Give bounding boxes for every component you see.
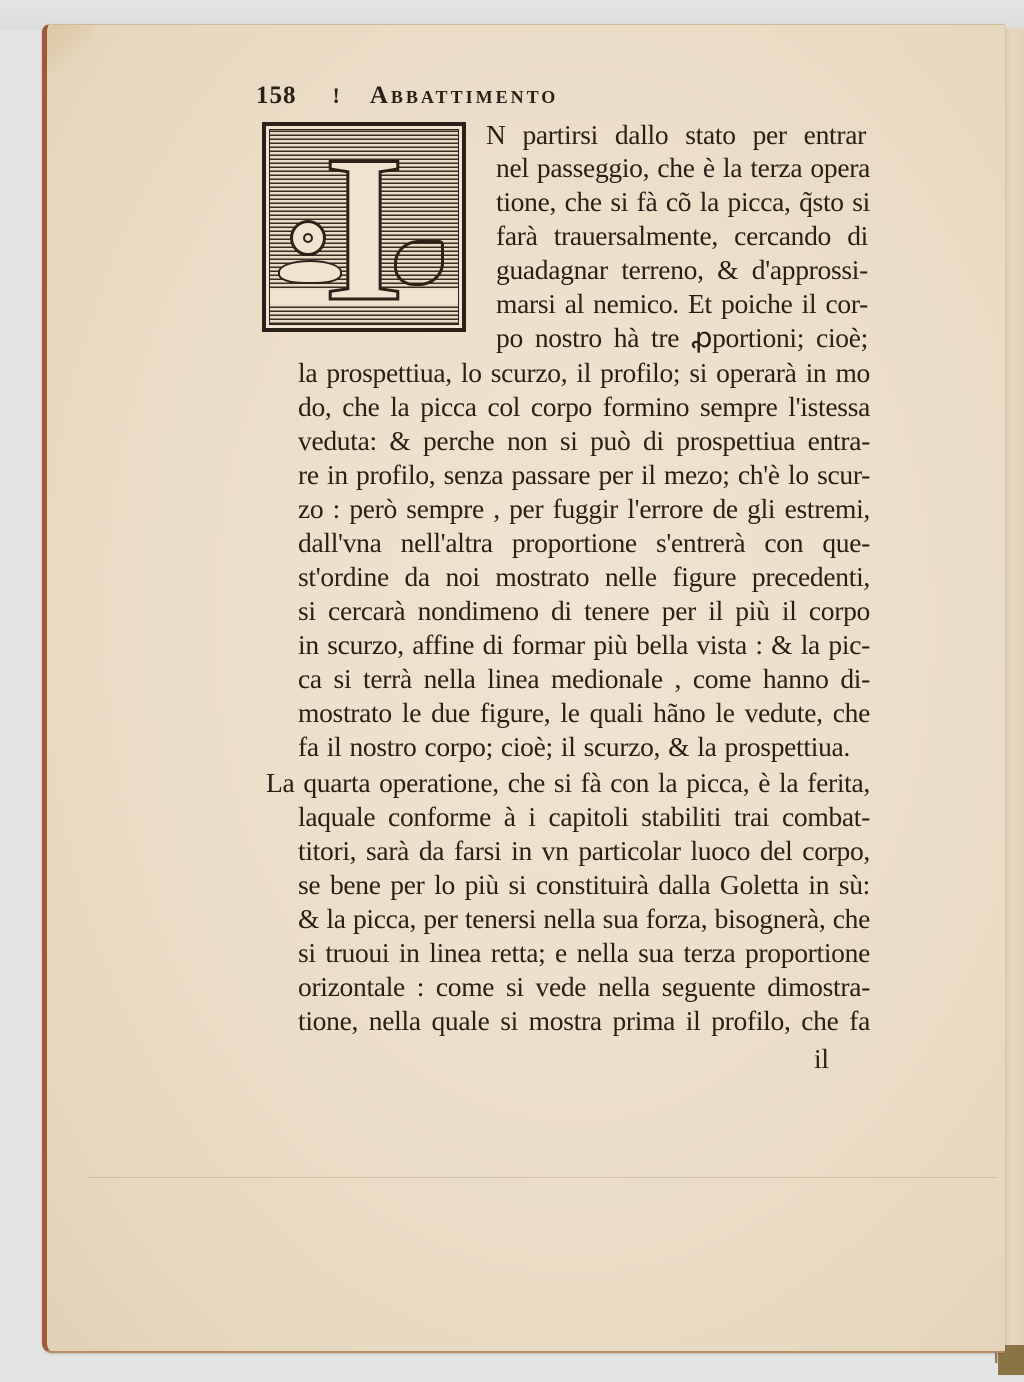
text-line: & la picca, per tenersi nella sua forza,… (298, 902, 870, 936)
paper-crease (87, 1177, 997, 1178)
text-line: guadagnar terreno, & d'approssi- (496, 253, 868, 287)
paragraph-first-line: La quarta operatione, che si fà con la p… (266, 766, 870, 800)
text-line: nel passeggio, che è la terza opera (496, 151, 870, 185)
text-line: farà trauersalmente, cercando di (496, 219, 868, 253)
text-line: zo : però sempre , per fuggir l'errore d… (298, 492, 870, 526)
text-line: orizontale : come si vede nella seguente… (298, 970, 870, 1004)
woodcut-initial-illustration: I (269, 129, 459, 325)
catchword: il (814, 1042, 874, 1076)
text-line: re in profilo, senza passare per il mezo… (298, 458, 870, 492)
text-line: si cercarà nondimeno di tenere per il pi… (298, 594, 870, 628)
text-line: dall'vna nell'altra proportione s'entrer… (298, 526, 870, 560)
text-line: fa il nostro corpo; cioè; il scurzo, & l… (298, 730, 850, 764)
text-line: laquale conforme à i capitoli stabiliti … (298, 800, 870, 834)
text-line: titori, sarà da farsi in vn particolar l… (298, 834, 870, 868)
drop-cap-letter: I (323, 134, 405, 324)
text-line: la prospettiua, lo scurzo, il profilo; s… (298, 356, 870, 390)
text-line: st'ordine da noi mostrato nelle figure p… (298, 560, 870, 594)
text-line: marsi al nemico. Et poiche il cor- (496, 287, 868, 321)
text-line: N partirsi dallo stato per entrar (486, 118, 866, 152)
text-line: po nostro hà tre ꝓportioni; cioè; (496, 321, 868, 355)
text-line: ca si terrà nella linea medionale , come… (298, 662, 870, 696)
chariot-wheel-icon (290, 220, 326, 256)
text-line: se bene per lo più si constituirà dalla … (298, 868, 870, 902)
page-number: 158 (256, 82, 297, 110)
running-title: Abbattimento (370, 82, 558, 110)
woodcut-initial: I (262, 122, 466, 332)
text-line: tione, che si fà cõ la picca, q̃sto si (496, 185, 870, 219)
text-line: do, che la picca col corpo formino sempr… (298, 390, 870, 424)
page-header: 158 ! Abbattimento (256, 82, 558, 112)
text-line: mostrato le due figure, le quali hãno le… (298, 696, 870, 730)
text-line: tione, nella quale si mostra prima il pr… (298, 1004, 870, 1038)
header-separator: ! (333, 83, 340, 109)
text-line: si truoui in linea retta; e nella sua te… (298, 936, 870, 970)
text-line: in scurzo, affine di formar più bella vi… (298, 628, 870, 662)
text-line: veduta: & perche non si può di prospetti… (298, 424, 870, 458)
